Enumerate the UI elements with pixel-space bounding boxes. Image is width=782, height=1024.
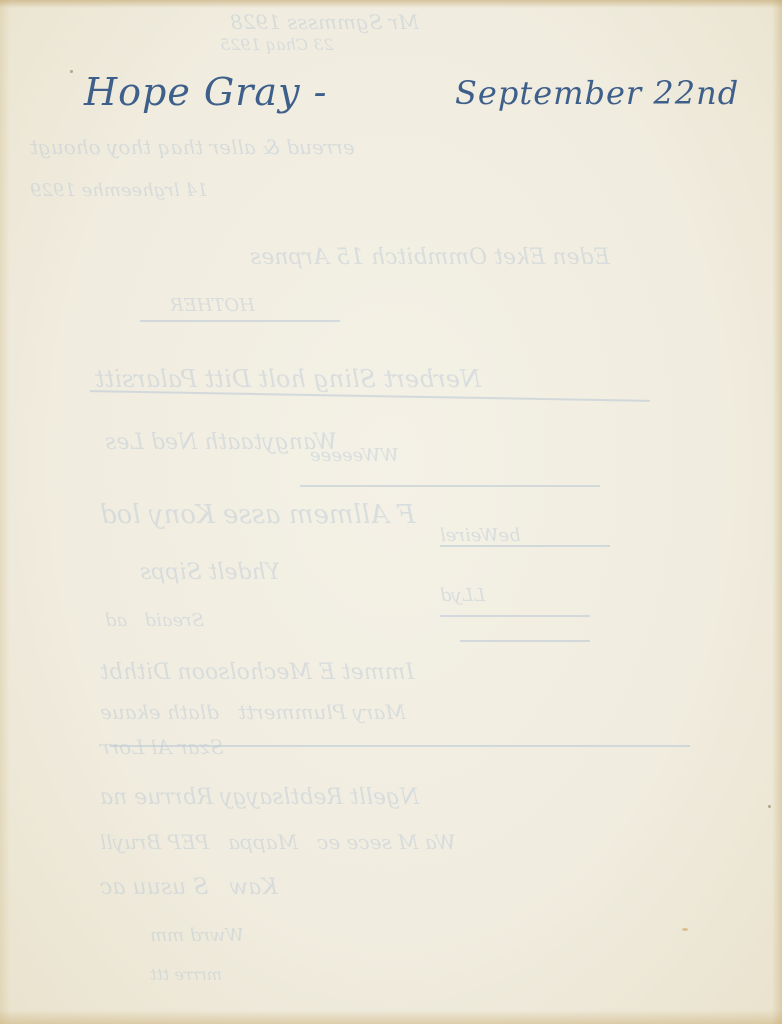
paper-speck xyxy=(768,805,771,808)
document-page: Mr Sgmmsss 1928 23 Chaq 1925 erreud & al… xyxy=(0,0,782,1024)
paper-speck xyxy=(682,928,688,931)
signature-date: September 22nd xyxy=(455,74,739,112)
paper-speck xyxy=(70,70,73,73)
signature-name: Hope Gray - xyxy=(84,70,327,114)
